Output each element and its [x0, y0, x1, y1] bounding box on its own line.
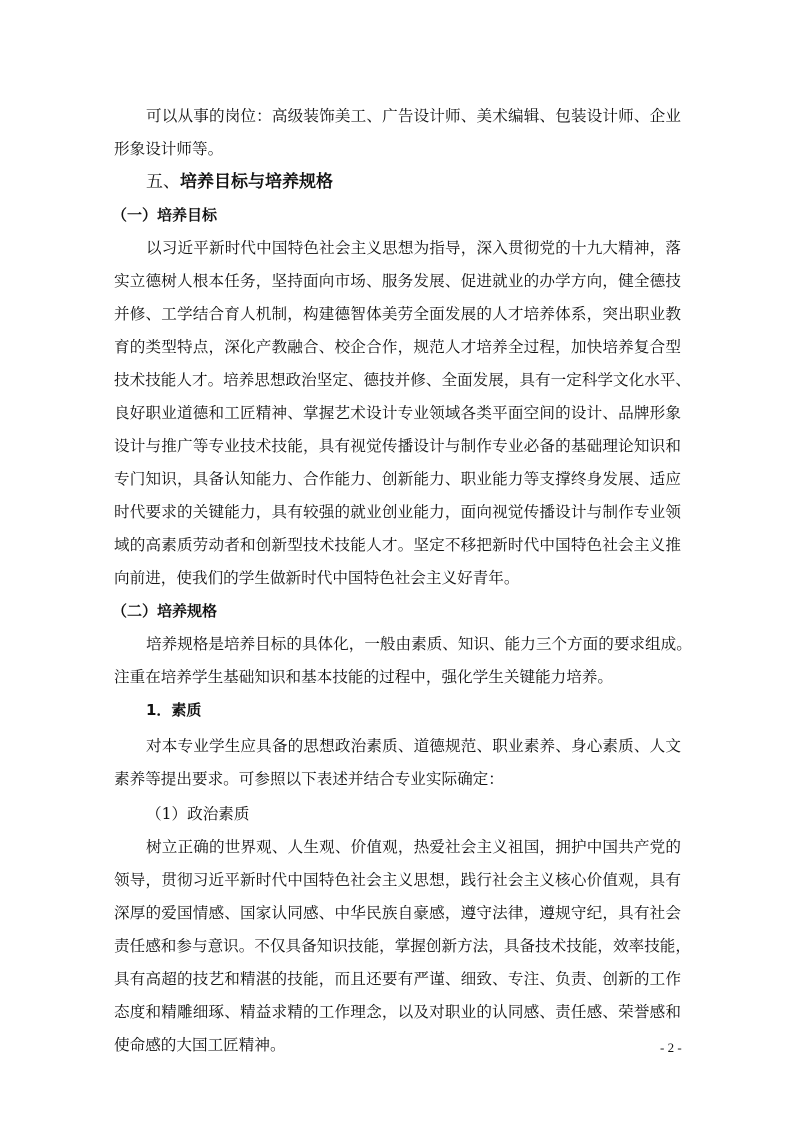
- body-line: 责任感和参与意识。不仅具备知识技能，掌握创新方法，具备技术技能，效率技能，: [114, 930, 681, 963]
- body-line: 深厚的爱国情感、国家认同感、中华民族自豪感，遵守法律，遵规守纪，具有社会: [114, 897, 681, 930]
- body-line: 域的高素质劳动者和创新型技术技能人才。坚定不移把新时代中国特色社会主义推: [114, 529, 681, 562]
- body-line: 向前进，使我们的学生做新时代中国特色社会主义好青年。: [114, 562, 681, 595]
- body-line: 设计与推广等专业技术技能，具有视觉传播设计与制作专业必备的基础理论知识和: [114, 430, 681, 463]
- body-line: 可以从事的岗位：高级装饰美工、广告设计师、美术编辑、包装设计师、企业: [114, 100, 681, 133]
- subsection-heading: （二）培养规格: [112, 595, 679, 628]
- body-line: 使命感的大国工匠精神。: [114, 1029, 681, 1062]
- body-line: 育的类型特点，深化产教融合、校企合作，规范人才培养全过程，加快培养复合型: [114, 331, 681, 364]
- body-line: 培养规格是培养目标的具体化，一般由素质、知识、能力三个方面的要求组成。: [114, 628, 681, 661]
- body-line: 良好职业道德和工匠精神、掌握艺术设计专业领域各类平面空间的设计、品牌形象: [114, 397, 681, 430]
- section-heading: 五、培养目标与培养规格: [114, 166, 681, 199]
- body-line: 以习近平新时代中国特色社会主义思想为指导，深入贯彻党的十九大精神，落: [114, 232, 681, 265]
- body-line: 实立德树人根本任务，坚持面向市场、服务发展、促进就业的办学方向，健全德技: [114, 265, 681, 298]
- body-line: 素养等提出要求。可参照以下表述并结合专业实际确定：: [114, 763, 681, 796]
- body-line: 时代要求的关键能力，具有较强的就业创业能力，面向视觉传播设计与制作专业领: [114, 496, 681, 529]
- body-line: 形象设计师等。: [114, 133, 681, 166]
- body-line: 树立正确的世界观、人生观、价值观，热爱社会主义祖国，拥护中国共产党的: [114, 831, 681, 864]
- body-line: 专门知识，具备认知能力、合作能力、创新能力、职业能力等支撑终身发展、适应: [114, 463, 681, 496]
- body-line: 注重在培养学生基础知识和基本技能的过程中，强化学生关键能力培养。: [114, 661, 681, 694]
- body-line: 态度和精雕细琢、精益求精的工作理念，以及对职业的认同感、责任感、荣誉感和: [114, 996, 681, 1029]
- page-number: - 2 -: [660, 1040, 682, 1056]
- subitem-heading: （1）政治素质: [114, 798, 681, 831]
- subsection-heading: （一）培养目标: [112, 199, 679, 232]
- section-title: 培养目标与培养规格: [180, 172, 333, 192]
- section-number: 五、: [146, 172, 180, 192]
- body-line: 对本专业学生应具备的思想政治素质、道德规范、职业素养、身心素质、人文: [114, 730, 681, 763]
- body-line: 并修、工学结合育人机制，构建德智体美劳全面发展的人才培养体系，突出职业教: [114, 298, 681, 331]
- body-line: 具有高超的技艺和精湛的技能，而且还要有严谨、细致、专注、负责、创新的工作: [114, 963, 681, 996]
- body-line: 技术技能人才。培养思想政治坚定、德技并修、全面发展，具有一定科学文化水平、: [114, 364, 681, 397]
- item-heading: 1．素质: [114, 694, 681, 727]
- body-line: 领导，贯彻习近平新时代中国特色社会主义思想，践行社会主义核心价值观，具有: [114, 864, 681, 897]
